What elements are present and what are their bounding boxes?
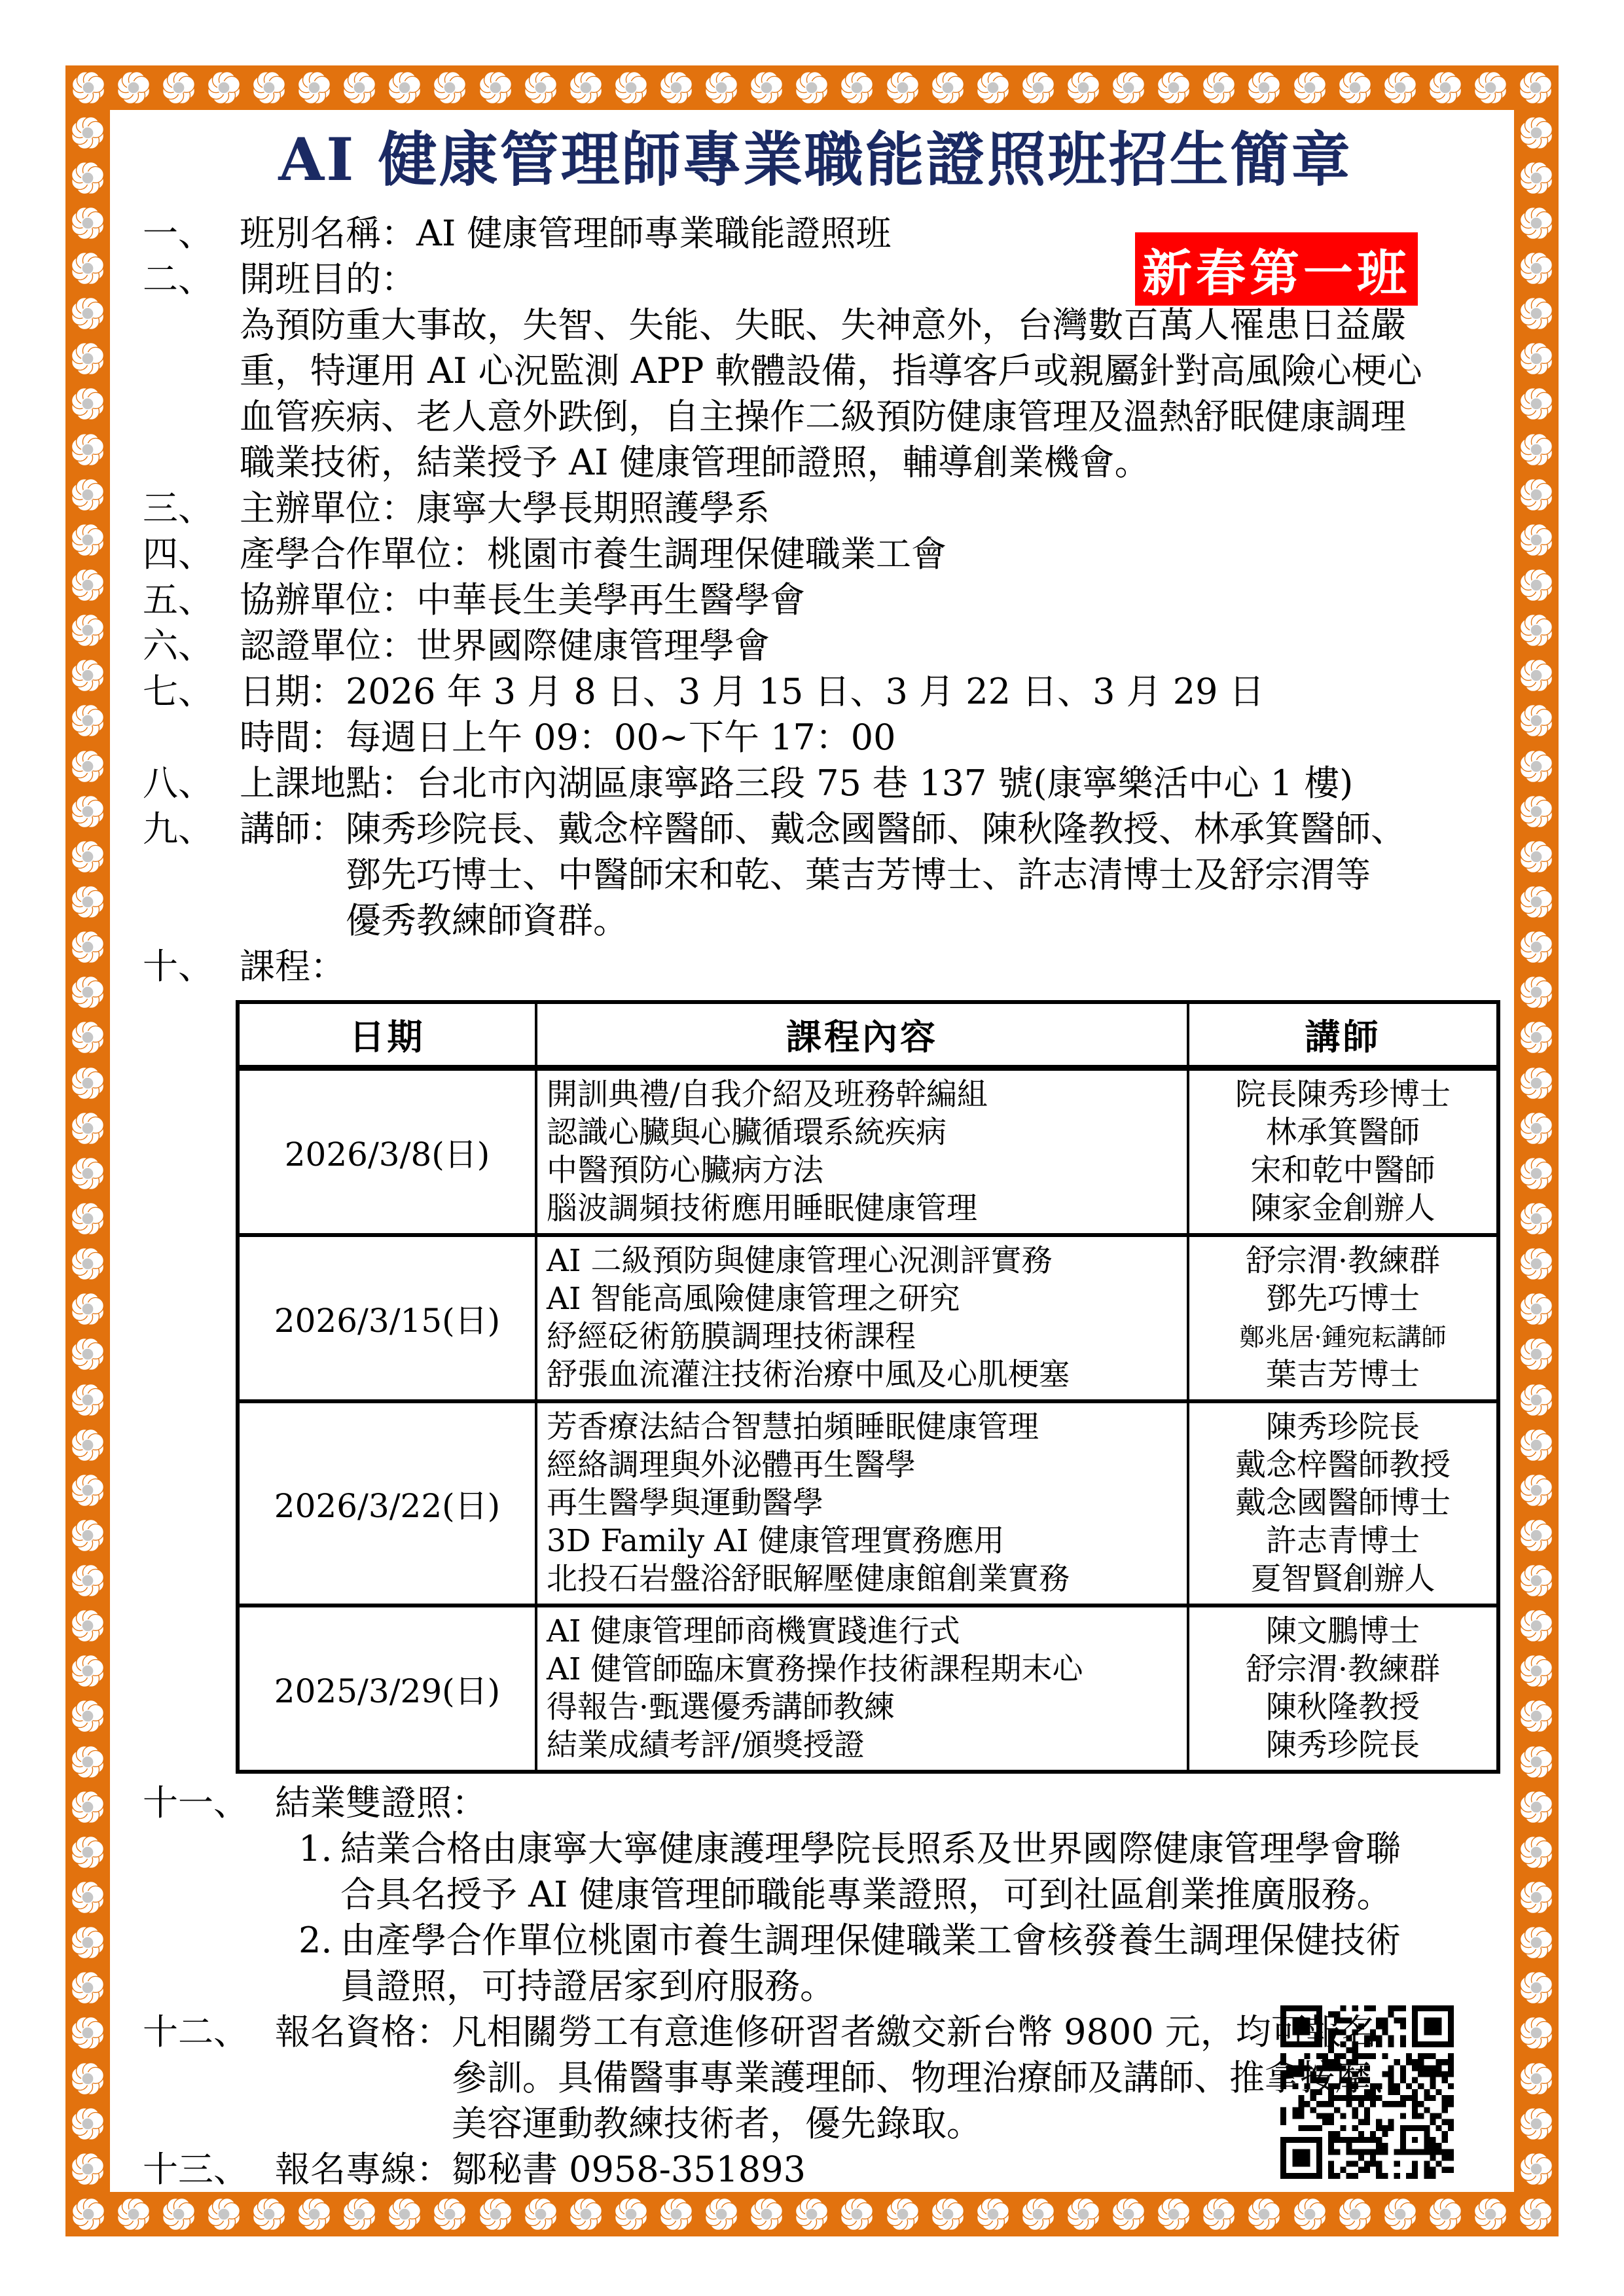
flower-icon [70,1880,105,1915]
flower-icon [1292,70,1327,105]
certificate-sublist: 1. 結業合格由康寧大寧健康護理學院長照系及世界國際健康管理學會聯合具名授予 A… [275,1826,1488,2009]
lecturer-list: 陳秀珍院長、戴念梓醫師、戴念國醫師、陳秋隆教授、林承箕醫師、鄧先巧博士、中醫師宋… [346,806,1488,944]
course-line: 紓經砭術筋膜調理技術課程 [547,1318,1178,1356]
flower-icon [1519,975,1554,1010]
flower-icon [1519,1925,1554,1960]
flower-icon [206,2197,242,2232]
flower-icon [1292,2197,1327,2232]
flower-icon [1519,432,1554,467]
flower-icon [70,206,105,241]
item-text: 結業雙證照： [275,1780,1488,1826]
course-lecturer-cell: 陳文鵬博士舒宗渭·教練群陳秋隆教授陳秀珍院長 [1188,1605,1498,1772]
course-line: AI 二級預防與健康管理心況測評實務 [547,1242,1178,1280]
flower-icon [1519,1291,1554,1327]
flower-icon [70,296,105,331]
flower-icon [342,70,377,105]
flower-icon [1519,1111,1554,1146]
flower-icon [1519,1698,1554,1734]
lecturer-name: 舒宗渭·教練群 [1199,1242,1487,1280]
lecturer-name: 鄧先巧博士 [1199,1280,1487,1318]
flower-icon [251,2197,287,2232]
flower-icon [1518,2197,1553,2232]
lecturer-name: 葉吉芳博士 [1199,1356,1487,1394]
qr-code [1280,2005,1454,2179]
flower-icon [1519,2061,1554,2096]
flower-icon [1519,1835,1554,1870]
flower-icon [1201,2197,1236,2232]
flower-icon [342,2197,377,2232]
flower-icon [1519,1970,1554,2005]
course-line: 結業成績考評/頒獎授證 [547,1727,1178,1765]
item-label: 講師： [240,806,346,944]
header-content: 課程內容 [536,1002,1188,1068]
flower-icon [1428,2197,1463,2232]
flower-icon [70,749,105,784]
course-line: 經絡調理與外泌體再生醫學 [547,1446,1178,1484]
item-label: 報名資格： [275,2009,452,2147]
flower-icon [70,703,105,738]
flower-icon [70,1066,105,1101]
course-content-cell: AI 健康管理師商機實踐進行式AI 健管師臨床實務操作技術課程期末心得報告·甄選… [536,1605,1188,1772]
flower-icon [1519,2015,1554,2051]
flower-icon [1519,1608,1554,1643]
flower-icon [1519,2106,1554,2142]
flower-icon [206,70,242,105]
flower-icon [70,160,105,196]
flower-icon [70,1653,105,1689]
item-number: 二、 [143,257,240,486]
dates-line: 日期：2026 年 3 月 8 日、3 月 15 日、3 月 22 日、3 月 … [240,669,1488,715]
lecturer-name: 夏智賢創辦人 [1199,1560,1487,1598]
lecturer-name: 陳文鵬博士 [1199,1613,1487,1651]
flower-icon [1337,2197,1373,2232]
flower-icon [70,1473,105,1508]
flower-icon [749,2197,784,2232]
flower-icon [1519,522,1554,558]
subitem-line: 員證照，可持證居家到府服務。 [340,1964,1488,2009]
course-lecturer-cell: 舒宗渭·教練群鄧先巧博士鄭兆居·鍾宛耘講師葉吉芳博士 [1188,1235,1498,1401]
flower-icon [1519,1563,1554,1598]
flower-icon [70,1518,105,1553]
flower-icon [839,2197,875,2232]
flower-icon [1519,296,1554,331]
flower-icon [1020,2197,1056,2232]
item-number: 十二、 [143,2009,275,2147]
flower-icon [70,1427,105,1463]
flower-icon [70,386,105,422]
flyer-content: AI 健康管理師專業職能證照班招生簡章 新春第一班 一、 班別名稱：AI 健康管… [110,110,1514,2192]
ornamental-frame: AI 健康管理師專業職能證照班招生簡章 新春第一班 一、 班別名稱：AI 健康管… [65,65,1559,2236]
flower-icon [1519,1427,1554,1463]
flower-icon [1519,613,1554,648]
flower-icon [387,2197,422,2232]
flower-icon [1519,1246,1554,1282]
flower-icon [1020,70,1056,105]
table-row: 2026/3/22(日) 芳香療法結合智慧拍頻睡眠健康管理經絡調理與外泌體再生醫… [238,1401,1498,1605]
border-left-band [65,110,110,2192]
course-lecturer-cell: 陳秀珍院長戴念梓醫師教授戴念國醫師博士許志青博士夏智賢創辦人 [1188,1401,1498,1605]
flower-icon [161,70,196,105]
flower-icon [613,2197,649,2232]
flower-icon [70,1382,105,1418]
flower-icon [1473,70,1508,105]
flower-icon [1246,70,1282,105]
course-line: 得報告·甄選優秀講師教練 [547,1689,1178,1727]
flower-icon [1337,70,1373,105]
flower-icon [749,70,784,105]
flower-icon [1519,477,1554,512]
flower-icon [1519,1880,1554,1915]
flower-icon [1519,115,1554,151]
flower-icon [70,794,105,829]
page-title: AI 健康管理師專業職能證照班招生簡章 [143,123,1488,196]
flower-icon [568,2197,604,2232]
flower-icon [568,70,604,105]
flower-icon [70,1835,105,1870]
flower-icon [1111,70,1146,105]
flower-icon [70,2061,105,2096]
flower-icon [1382,2197,1418,2232]
course-line: 3D Family AI 健康管理實務應用 [547,1522,1178,1560]
flower-icon [1382,70,1418,105]
flower-icon [1519,341,1554,376]
flower-icon [297,70,332,105]
flower-icon [1519,884,1554,920]
item-text: 主辦單位：康寧大學長期照護學系 [240,486,1488,531]
flower-icon [251,70,287,105]
flower-icon [161,2197,196,2232]
lecturer-line: 優秀教練師資群。 [346,898,1488,944]
flower-icon [71,70,106,105]
flower-icon [71,2197,106,2232]
flower-icon [70,432,105,467]
flower-icon [659,2197,694,2232]
subitem-line: 合具名授予 AI 健康管理師職能專業證照，可到社區創業推廣服務。 [340,1872,1488,1918]
flower-icon [70,1336,105,1372]
flower-icon [70,975,105,1010]
header-date: 日期 [238,1002,536,1068]
flower-icon [432,70,467,105]
course-content-cell: AI 二級預防與健康管理心況測評實務AI 智能高風險健康管理之研究紓經砭術筋膜調… [536,1235,1188,1401]
item-number: 十、 [143,944,240,990]
lecturer-line: 鄧先巧博士、中醫師宋和乾、葉吉芳博士、許志清博士及舒宗渭等 [346,852,1488,898]
course-line: 腦波調頻技術應用睡眠健康管理 [547,1190,1178,1228]
course-content-cell: 開訓典禮/自我介紹及班務幹編組認識心臟與心臟循環系統疾病中醫預防心臟病方法腦波調… [536,1068,1188,1236]
paragraph-line: 血管疾病、老人意外跌倒，自主操作二級預防健康管理及溫熱舒眠健康調理 [240,394,1488,440]
flower-icon [70,1111,105,1146]
lecturer-name: 陳家金創辦人 [1199,1190,1487,1228]
flower-icon [70,2015,105,2051]
item-text: 認證單位：世界國際健康管理學會 [240,623,1488,669]
table-row: 2025/3/29(日) AI 健康管理師商機實踐進行式AI 健管師臨床實務操作… [238,1605,1498,1772]
border-right-band [1514,110,1559,2192]
border-bottom-band [65,2192,1559,2236]
flower-icon [1519,2151,1554,2187]
purpose-paragraph: 為預防重大事故，失智、失能、失眠、失神意外，台灣數百萬人罹患日益嚴重，特運用 A… [240,302,1488,486]
flower-icon [704,2197,739,2232]
flower-icon [794,70,829,105]
flower-icon [1519,1336,1554,1372]
item-number: 五、 [143,577,240,623]
flower-icon [1156,2197,1191,2232]
flower-icon [1519,929,1554,965]
flower-icon [1519,1473,1554,1508]
flower-icon [116,70,151,105]
header-lecturer: 講師 [1188,1002,1498,1068]
flower-icon [1428,70,1463,105]
flower-icon [297,2197,332,2232]
flower-icon [387,70,422,105]
course-date: 2025/3/29(日) [238,1605,536,1772]
flower-icon [1111,2197,1146,2232]
flower-icon [70,1246,105,1282]
lecturer-name: 陳秀珍院長 [1199,1408,1487,1446]
subitem-number: 1. [298,1826,340,1918]
flower-icon [70,613,105,648]
item-number: 十三、 [143,2147,275,2192]
flower-icon [1519,1201,1554,1236]
lecturer-name: 陳秀珍院長 [1199,1727,1487,1765]
flower-icon [70,1970,105,2005]
flower-icon [1066,70,1101,105]
item-industry-partner: 四、 產學合作單位：桃園市養生調理保健職業工會 [143,531,1488,577]
subitem-line: 由產學合作單位桃園市養生調理保健職業工會核發養生調理保健技術 [340,1918,1488,1964]
flower-icon [1519,1789,1554,1825]
flower-icon [70,1563,105,1598]
item-location: 八、 上課地點：台北市內湖區康寧路三段 75 巷 137 號(康寧樂活中心 1 … [143,761,1488,806]
course-date: 2026/3/22(日) [238,1401,536,1605]
flower-icon [70,1608,105,1643]
certificate-subitem: 2. 由產學合作單位桃園市養生調理保健職業工會核發養生調理保健技術員證照，可持證… [298,1918,1488,2009]
flower-icon [1519,1653,1554,1689]
course-schedule-table: 日期 課程內容 講師 2026/3/8(日) 開訓典禮/自我介紹及班務幹編組認識… [236,1000,1500,1774]
item-text: 協辦單位：中華長生美學再生醫學會 [240,577,1488,623]
paragraph-line: 重，特運用 AI 心況監測 APP 軟體設備，指導客戶或親屬針對高風險心梗心 [240,348,1488,394]
flower-icon [70,884,105,920]
item-co-organizer: 五、 協辦單位：中華長生美學再生醫學會 [143,577,1488,623]
item-text: 課程： [240,944,1488,990]
flower-icon [432,2197,467,2232]
flower-icon [70,1291,105,1327]
flyer-page: { "page": { "title": "AI 健康管理師專業職能證照班招生簡… [0,0,1624,2296]
lecturer-name: 許志青博士 [1199,1522,1487,1560]
lecturer-name: 鄭兆居·鍾宛耘講師 [1199,1318,1487,1356]
flower-icon [1156,70,1191,105]
flower-icon [1519,839,1554,874]
table-row: 2026/3/8(日) 開訓典禮/自我介紹及班務幹編組認識心臟與心臟循環系統疾病… [238,1068,1498,1236]
item-number: 四、 [143,531,240,577]
lecturer-name: 舒宗渭·教練群 [1199,1651,1487,1689]
table-row: 2026/3/15(日) AI 二級預防與健康管理心況測評實務AI 智能高風險健… [238,1235,1498,1401]
lecturer-name: 院長陳秀珍博士 [1199,1076,1487,1114]
flower-icon [70,115,105,151]
flower-icon [1201,70,1236,105]
border-top-band [65,65,1559,110]
subitem-number: 2. [298,1918,340,2009]
flower-icon [704,70,739,105]
item-organizer: 三、 主辦單位：康寧大學長期照護學系 [143,486,1488,531]
subitem-line: 結業合格由康寧大寧健康護理學院長照系及世界國際健康管理學會聯 [340,1826,1488,1872]
flower-icon [70,1698,105,1734]
lecturer-name: 林承箕醫師 [1199,1114,1487,1152]
course-line: 中醫預防心臟病方法 [547,1152,1178,1190]
flower-icon [478,70,513,105]
paragraph-line: 職業技術，結業授予 AI 健康管理師證照，輔導創業機會。 [240,440,1488,486]
flower-icon [70,522,105,558]
flower-icon [1519,1020,1554,1055]
course-content-cell: 芳香療法結合智慧拍頻睡眠健康管理經絡調理與外泌體再生醫學再生醫學與運動醫學3D … [536,1401,1188,1605]
lecturer-name: 陳秋隆教授 [1199,1689,1487,1727]
flower-icon [70,839,105,874]
flower-icon [1519,658,1554,693]
flower-icon [1519,794,1554,829]
flower-icon [70,2106,105,2142]
flower-icon [70,251,105,286]
lecturer-name: 宋和乾中醫師 [1199,1152,1487,1190]
flower-icon [794,2197,829,2232]
course-lecturer-cell: 院長陳秀珍博士林承箕醫師宋和乾中醫師陳家金創辦人 [1188,1068,1498,1236]
flower-icon [70,2151,105,2187]
flower-icon [885,2197,920,2232]
course-line: 舒張血流灌注技術治療中風及心肌梗塞 [547,1356,1178,1394]
item-number: 三、 [143,486,240,531]
item-number: 八、 [143,761,240,806]
flower-icon [1518,70,1553,105]
item-text: 上課地點：台北市內湖區康寧路三段 75 巷 137 號(康寧樂活中心 1 樓) [240,761,1488,806]
flower-icon [70,567,105,603]
flower-icon [1246,2197,1282,2232]
item-number: 一、 [143,211,240,257]
certificate-subitem: 1. 結業合格由康寧大寧健康護理學院長照系及世界國際健康管理學會聯合具名授予 A… [298,1826,1488,1918]
item-number: 七、 [143,669,240,761]
flower-icon [70,1156,105,1191]
flower-icon [1519,251,1554,286]
flower-icon [1519,1382,1554,1418]
flower-icon [930,70,965,105]
flower-icon [70,929,105,965]
paragraph-line: 為預防重大事故，失智、失能、失眠、失神意外，台灣數百萬人罹患日益嚴 [240,302,1488,348]
flower-icon [116,2197,151,2232]
course-line: AI 智能高風險健康管理之研究 [547,1280,1178,1318]
course-line: 芳香療法結合智慧拍頻睡眠健康管理 [547,1408,1178,1446]
flower-icon [70,1789,105,1825]
course-line: 開訓典禮/自我介紹及班務幹編組 [547,1076,1178,1114]
table-header-row: 日期 課程內容 講師 [238,1002,1498,1068]
course-date: 2026/3/8(日) [238,1068,536,1236]
course-date: 2026/3/15(日) [238,1235,536,1401]
flower-icon [930,2197,965,2232]
item-dual-certificates: 十一、 結業雙證照： 1. 結業合格由康寧大寧健康護理學院長照系及世界國際健康管… [143,1780,1488,2009]
item-dates: 七、 日期：2026 年 3 月 8 日、3 月 15 日、3 月 22 日、3… [143,669,1488,761]
course-line: AI 健康管理師商機實踐進行式 [547,1613,1178,1651]
course-line: 北投石岩盤浴舒眠解壓健康館創業實務 [547,1560,1178,1598]
flower-icon [1519,703,1554,738]
flower-icon [1519,160,1554,196]
lecturer-name: 戴念梓醫師教授 [1199,1446,1487,1484]
item-number: 九、 [143,806,240,944]
flower-icon [1519,1156,1554,1191]
item-number: 十一、 [143,1780,275,2009]
flower-icon [1519,1744,1554,1780]
course-line: 認識心臟與心臟循環系統疾病 [547,1114,1178,1152]
flower-icon [1519,1518,1554,1553]
flower-icon [70,1744,105,1780]
item-certifier: 六、 認證單位：世界國際健康管理學會 [143,623,1488,669]
item-text: 產學合作單位：桃園市養生調理保健職業工會 [240,531,1488,577]
flower-icon [70,658,105,693]
flower-icon [1519,749,1554,784]
flower-icon [1519,1066,1554,1101]
flower-icon [1066,2197,1101,2232]
flower-icon [1519,206,1554,241]
course-line: AI 健管師臨床實務操作技術課程期末心 [547,1651,1178,1689]
lecturer-line: 陳秀珍院長、戴念梓醫師、戴念國醫師、陳秋隆教授、林承箕醫師、 [346,806,1488,852]
flower-icon [839,70,875,105]
flower-icon [613,70,649,105]
flower-icon [478,2197,513,2232]
new-spring-class-badge: 新春第一班 [1135,232,1418,306]
flower-icon [70,1020,105,1055]
flower-icon [975,70,1011,105]
item-courses: 十、 課程： [143,944,1488,990]
flower-icon [1519,386,1554,422]
flower-icon [1519,567,1554,603]
item-lecturers: 九、 講師： 陳秀珍院長、戴念梓醫師、戴念國醫師、陳秋隆教授、林承箕醫師、鄧先巧… [143,806,1488,944]
item-number: 六、 [143,623,240,669]
flower-icon [70,477,105,512]
flower-icon [523,2197,558,2232]
flower-icon [70,1201,105,1236]
course-line: 再生醫學與運動醫學 [547,1484,1178,1522]
flower-icon [1473,2197,1508,2232]
time-line: 時間：每週日上午 09：00~下午 17：00 [240,715,1488,761]
flower-icon [523,70,558,105]
flower-icon [975,2197,1011,2232]
flower-icon [70,1925,105,1960]
flower-icon [659,70,694,105]
flower-icon [70,341,105,376]
flower-icon [885,70,920,105]
lecturer-name: 戴念國醫師博士 [1199,1484,1487,1522]
